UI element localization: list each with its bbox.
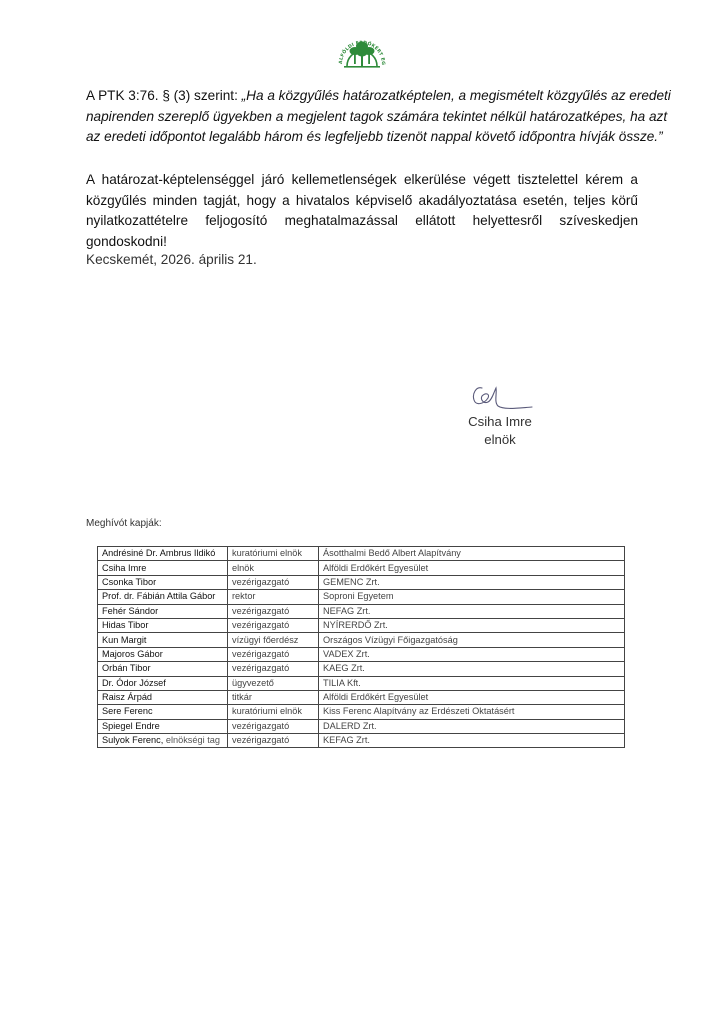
recipients-table: Andrésiné Dr. Ambrus Ildikókuratóriumi e… [97,546,625,748]
recipient-position: titkár [228,690,319,704]
recipient-name: Sere Ferenc [102,706,153,716]
recipient-name: Raisz Árpád [102,692,152,702]
recipient-organization: VADEX Zrt. [319,647,625,661]
recipient-name: Csiha Imre [102,563,146,573]
recipient-name-cell: Hidas Tibor [98,618,228,632]
recipient-position: vezérigazgató [228,618,319,632]
table-row: Hidas TiborvezérigazgatóNYÍRERDŐ Zrt. [98,618,625,632]
recipient-position: vezérigazgató [228,604,319,618]
signer-name: Csiha Imre [440,414,560,429]
recipient-position: vezérigazgató [228,734,319,748]
recipient-name-cell: Majoros Gábor [98,647,228,661]
table-row: Orbán TiborvezérigazgatóKAEG Zrt. [98,662,625,676]
recipient-position: vezérigazgató [228,575,319,589]
recipient-organization: KAEG Zrt. [319,662,625,676]
quote-prefix: A PTK 3:76. § (3) szerint: [86,88,242,103]
recipient-organization: Országos Vízügyi Főigazgatóság [319,633,625,647]
recipient-position: kuratóriumi elnök [228,705,319,719]
recipient-name-cell: Raisz Árpád [98,690,228,704]
recipient-name-cell: Kun Margit [98,633,228,647]
recipient-organization: NYÍRERDŐ Zrt. [319,618,625,632]
recipient-name-cell: Csonka Tibor [98,575,228,589]
table-row: Dr. Ódor JózsefügyvezetőTILIA Kft. [98,676,625,690]
recipient-name-cell: Dr. Ódor József [98,676,228,690]
request-line-2: közgyűlés minden tagját, hogy a hivatalo… [86,191,638,212]
recipient-name: Fehér Sándor [102,606,158,616]
recipient-organization: Soproni Egyetem [319,590,625,604]
recipient-position: rektor [228,590,319,604]
recipients-label: Meghívót kapják: [86,518,162,529]
recipient-organization: KEFAG Zrt. [319,734,625,748]
recipient-organization: NEFAG Zrt. [319,604,625,618]
recipient-name-cell: Sere Ferenc [98,705,228,719]
recipient-name-cell: Spiegel Endre [98,719,228,733]
quote-line-2: napirenden szereplő ügyekben a megjelent… [86,107,638,128]
quote-line-3: az eredeti időpontot legalább három és l… [86,127,638,148]
table-row: Andrésiné Dr. Ambrus Ildikókuratóriumi e… [98,547,625,561]
recipient-name: Orbán Tibor [102,663,151,673]
table-row: Csiha ImreelnökAlföldi Erdőkért Egyesüle… [98,561,625,575]
recipient-name: Sulyok Ferenc, [102,735,163,745]
recipient-organization: GEMENC Zrt. [319,575,625,589]
request-paragraph: A határozat-képtelenséggel járó kellemet… [86,170,638,252]
table-row: Raisz ÁrpádtitkárAlföldi Erdőkért Egyesü… [98,690,625,704]
recipient-name: Dr. Ódor József [102,678,166,688]
recipient-organization: Ásotthalmi Bedő Albert Alapítvány [319,547,625,561]
table-row: Sulyok Ferenc, elnökségi tagvezérigazgat… [98,734,625,748]
recipient-position: vezérigazgató [228,719,319,733]
request-line-1: A határozat-képtelenséggel járó kellemet… [86,170,638,191]
table-row: Spiegel EndrevezérigazgatóDALERD Zrt. [98,719,625,733]
recipient-name-cell: Orbán Tibor [98,662,228,676]
recipient-position: vízügyi főerdész [228,633,319,647]
recipient-position: vezérigazgató [228,647,319,661]
recipient-position: kuratóriumi elnök [228,547,319,561]
recipient-name: Csonka Tibor [102,577,156,587]
recipient-name-cell: Sulyok Ferenc, elnökségi tag [98,734,228,748]
recipient-name: Hidas Tibor [102,620,148,630]
recipient-organization: TILIA Kft. [319,676,625,690]
legal-quote-paragraph: A PTK 3:76. § (3) szerint: „Ha a közgyűl… [86,86,638,148]
recipient-name-cell: Fehér Sándor [98,604,228,618]
recipient-name-cell: Prof. dr. Fábián Attila Gábor [98,590,228,604]
association-logo-icon: ALFÖLDI ERDŐKÉRT EGYESÜLET [336,24,388,70]
recipient-organization: Kiss Ferenc Alapítvány az Erdészeti Okta… [319,705,625,719]
quote-text: „Ha a közgyűlés határozatképtelen, a meg… [242,88,671,103]
signature-icon [468,380,538,416]
recipient-name: Andrésiné Dr. Ambrus Ildikó [102,548,215,558]
recipient-name: Kun Margit [102,635,146,645]
recipient-organization: Alföldi Erdőkért Egyesület [319,561,625,575]
place-date-line: Kecskemét, 2026. április 21. [86,252,257,267]
recipient-name-cell: Csiha Imre [98,561,228,575]
request-line-3: nyilatkozattételre feljogosító meghatalm… [86,211,638,252]
recipient-position: vezérigazgató [228,662,319,676]
recipient-position: ügyvezető [228,676,319,690]
recipient-name-cell: Andrésiné Dr. Ambrus Ildikó [98,547,228,561]
signer-title: elnök [440,432,560,447]
recipient-organization: Alföldi Erdőkért Egyesület [319,690,625,704]
recipient-name: Majoros Gábor [102,649,163,659]
table-row: Prof. dr. Fábián Attila GáborrektorSopro… [98,590,625,604]
recipient-note: elnökségi tag [163,735,220,745]
table-row: Fehér SándorvezérigazgatóNEFAG Zrt. [98,604,625,618]
recipient-organization: DALERD Zrt. [319,719,625,733]
recipient-name: Prof. dr. Fábián Attila Gábor [102,591,215,601]
table-row: Kun Margitvízügyi főerdészOrszágos Vízüg… [98,633,625,647]
recipient-name: Spiegel Endre [102,721,160,731]
recipient-position: elnök [228,561,319,575]
table-row: Sere Ferenckuratóriumi elnökKiss Ferenc … [98,705,625,719]
table-row: Csonka TiborvezérigazgatóGEMENC Zrt. [98,575,625,589]
table-row: Majoros GáborvezérigazgatóVADEX Zrt. [98,647,625,661]
quote-line-1: A PTK 3:76. § (3) szerint: „Ha a közgyűl… [86,86,638,107]
